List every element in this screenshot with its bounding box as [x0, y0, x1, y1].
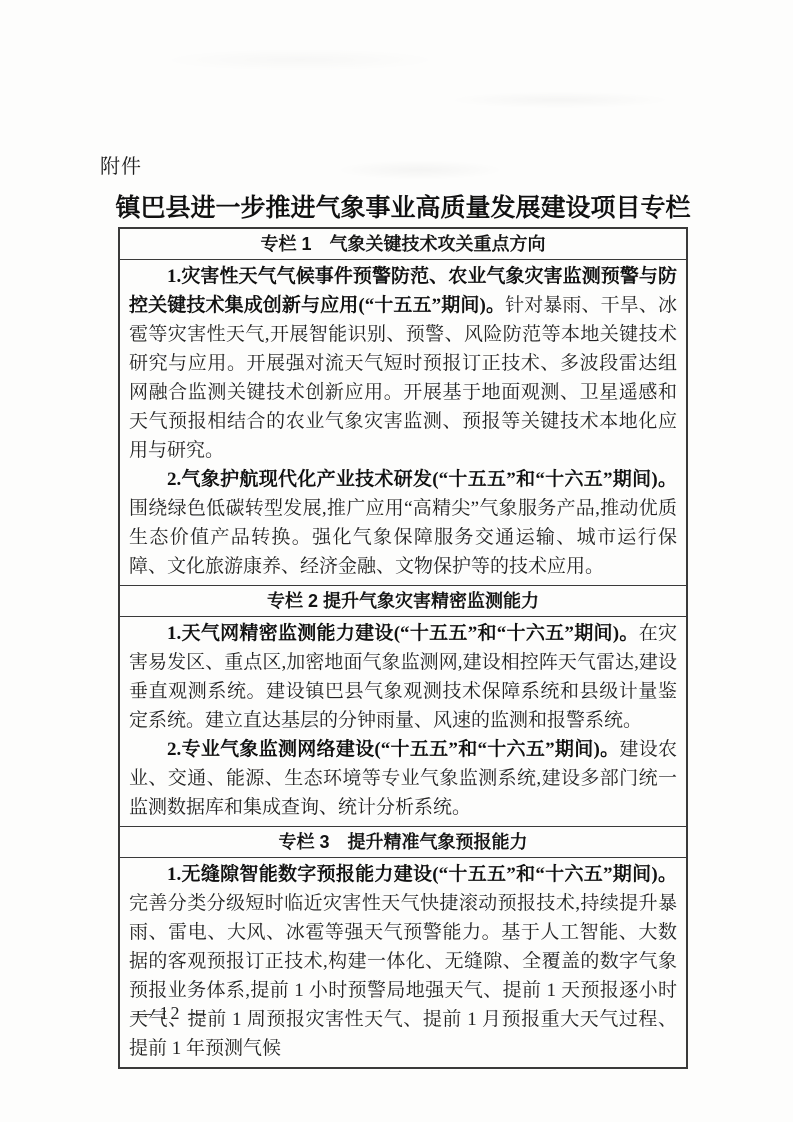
paragraph: 2.气象护航现代化产业技术研发(“十五五”和“十六五”期间)。围绕绿色低碳转型发… [129, 465, 677, 581]
attachment-label: 附件 [100, 150, 142, 179]
paragraph: 1.无缝隙智能数字预报能力建设(“十五五”和“十六五”期间)。完善分类分级短时临… [129, 860, 677, 1063]
paragraph-lead: 1.无缝隙智能数字预报能力建设(“十五五”和“十六五”期间)。 [167, 864, 677, 885]
paragraph-text: 完善分类分级短时临近灾害性天气快捷滚动预报技术,持续提升暴雨、雷电、大风、冰雹等… [129, 893, 677, 1059]
project-columns-table: 专栏 1 气象关键技术攻关重点方向 1.灾害性天气气候事件预警防范、农业气象灾害… [118, 227, 688, 1069]
paragraph: 1.灾害性天气气候事件预警防范、农业气象灾害监测预警与防控关键技术集成创新与应用… [129, 262, 677, 465]
section-body-column1: 1.灾害性天气气候事件预警防范、农业气象灾害监测预警与防控关键技术集成创新与应用… [120, 260, 686, 586]
section-body-column3: 1.无缝隙智能数字预报能力建设(“十五五”和“十六五”期间)。完善分类分级短时临… [120, 858, 686, 1067]
paragraph: 2.专业气象监测网络建设(“十五五”和“十六五”期间)。建设农业、交通、能源、生… [129, 735, 677, 822]
page-title: 镇巴县进一步推进气象事业高质量发展建设项目专栏 [110, 188, 696, 224]
paragraph: 1.天气网精密监测能力建设(“十五五”和“十六五”期间)。在灾害易发区、重点区,… [129, 619, 677, 735]
page-number: — 12 — [133, 1003, 208, 1024]
paragraph-lead: 1.天气网精密监测能力建设(“十五五”和“十六五”期间)。 [167, 623, 639, 644]
paragraph-text: 针对暴雨、干旱、冰雹等灾害性天气,开展智能识别、预警、风险防范等本地关键技术研究… [129, 295, 677, 461]
section-header-column1: 专栏 1 气象关键技术攻关重点方向 [120, 229, 686, 260]
section-header-column3: 专栏 3 提升精准气象预报能力 [120, 827, 686, 858]
paragraph-text: 围绕绿色低碳转型发展,推广应用“高精尖”气象服务产品,推动优质生态价值产品转换。… [129, 498, 677, 577]
paragraph-lead: 2.气象护航现代化产业技术研发(“十五五”和“十六五”期间)。 [167, 469, 677, 490]
paragraph-lead: 2.专业气象监测网络建设(“十五五”和“十六五”期间)。 [167, 739, 619, 760]
section-body-column2: 1.天气网精密监测能力建设(“十五五”和“十六五”期间)。在灾害易发区、重点区,… [120, 617, 686, 827]
section-header-column2: 专栏 2 提升气象灾害精密监测能力 [120, 586, 686, 617]
